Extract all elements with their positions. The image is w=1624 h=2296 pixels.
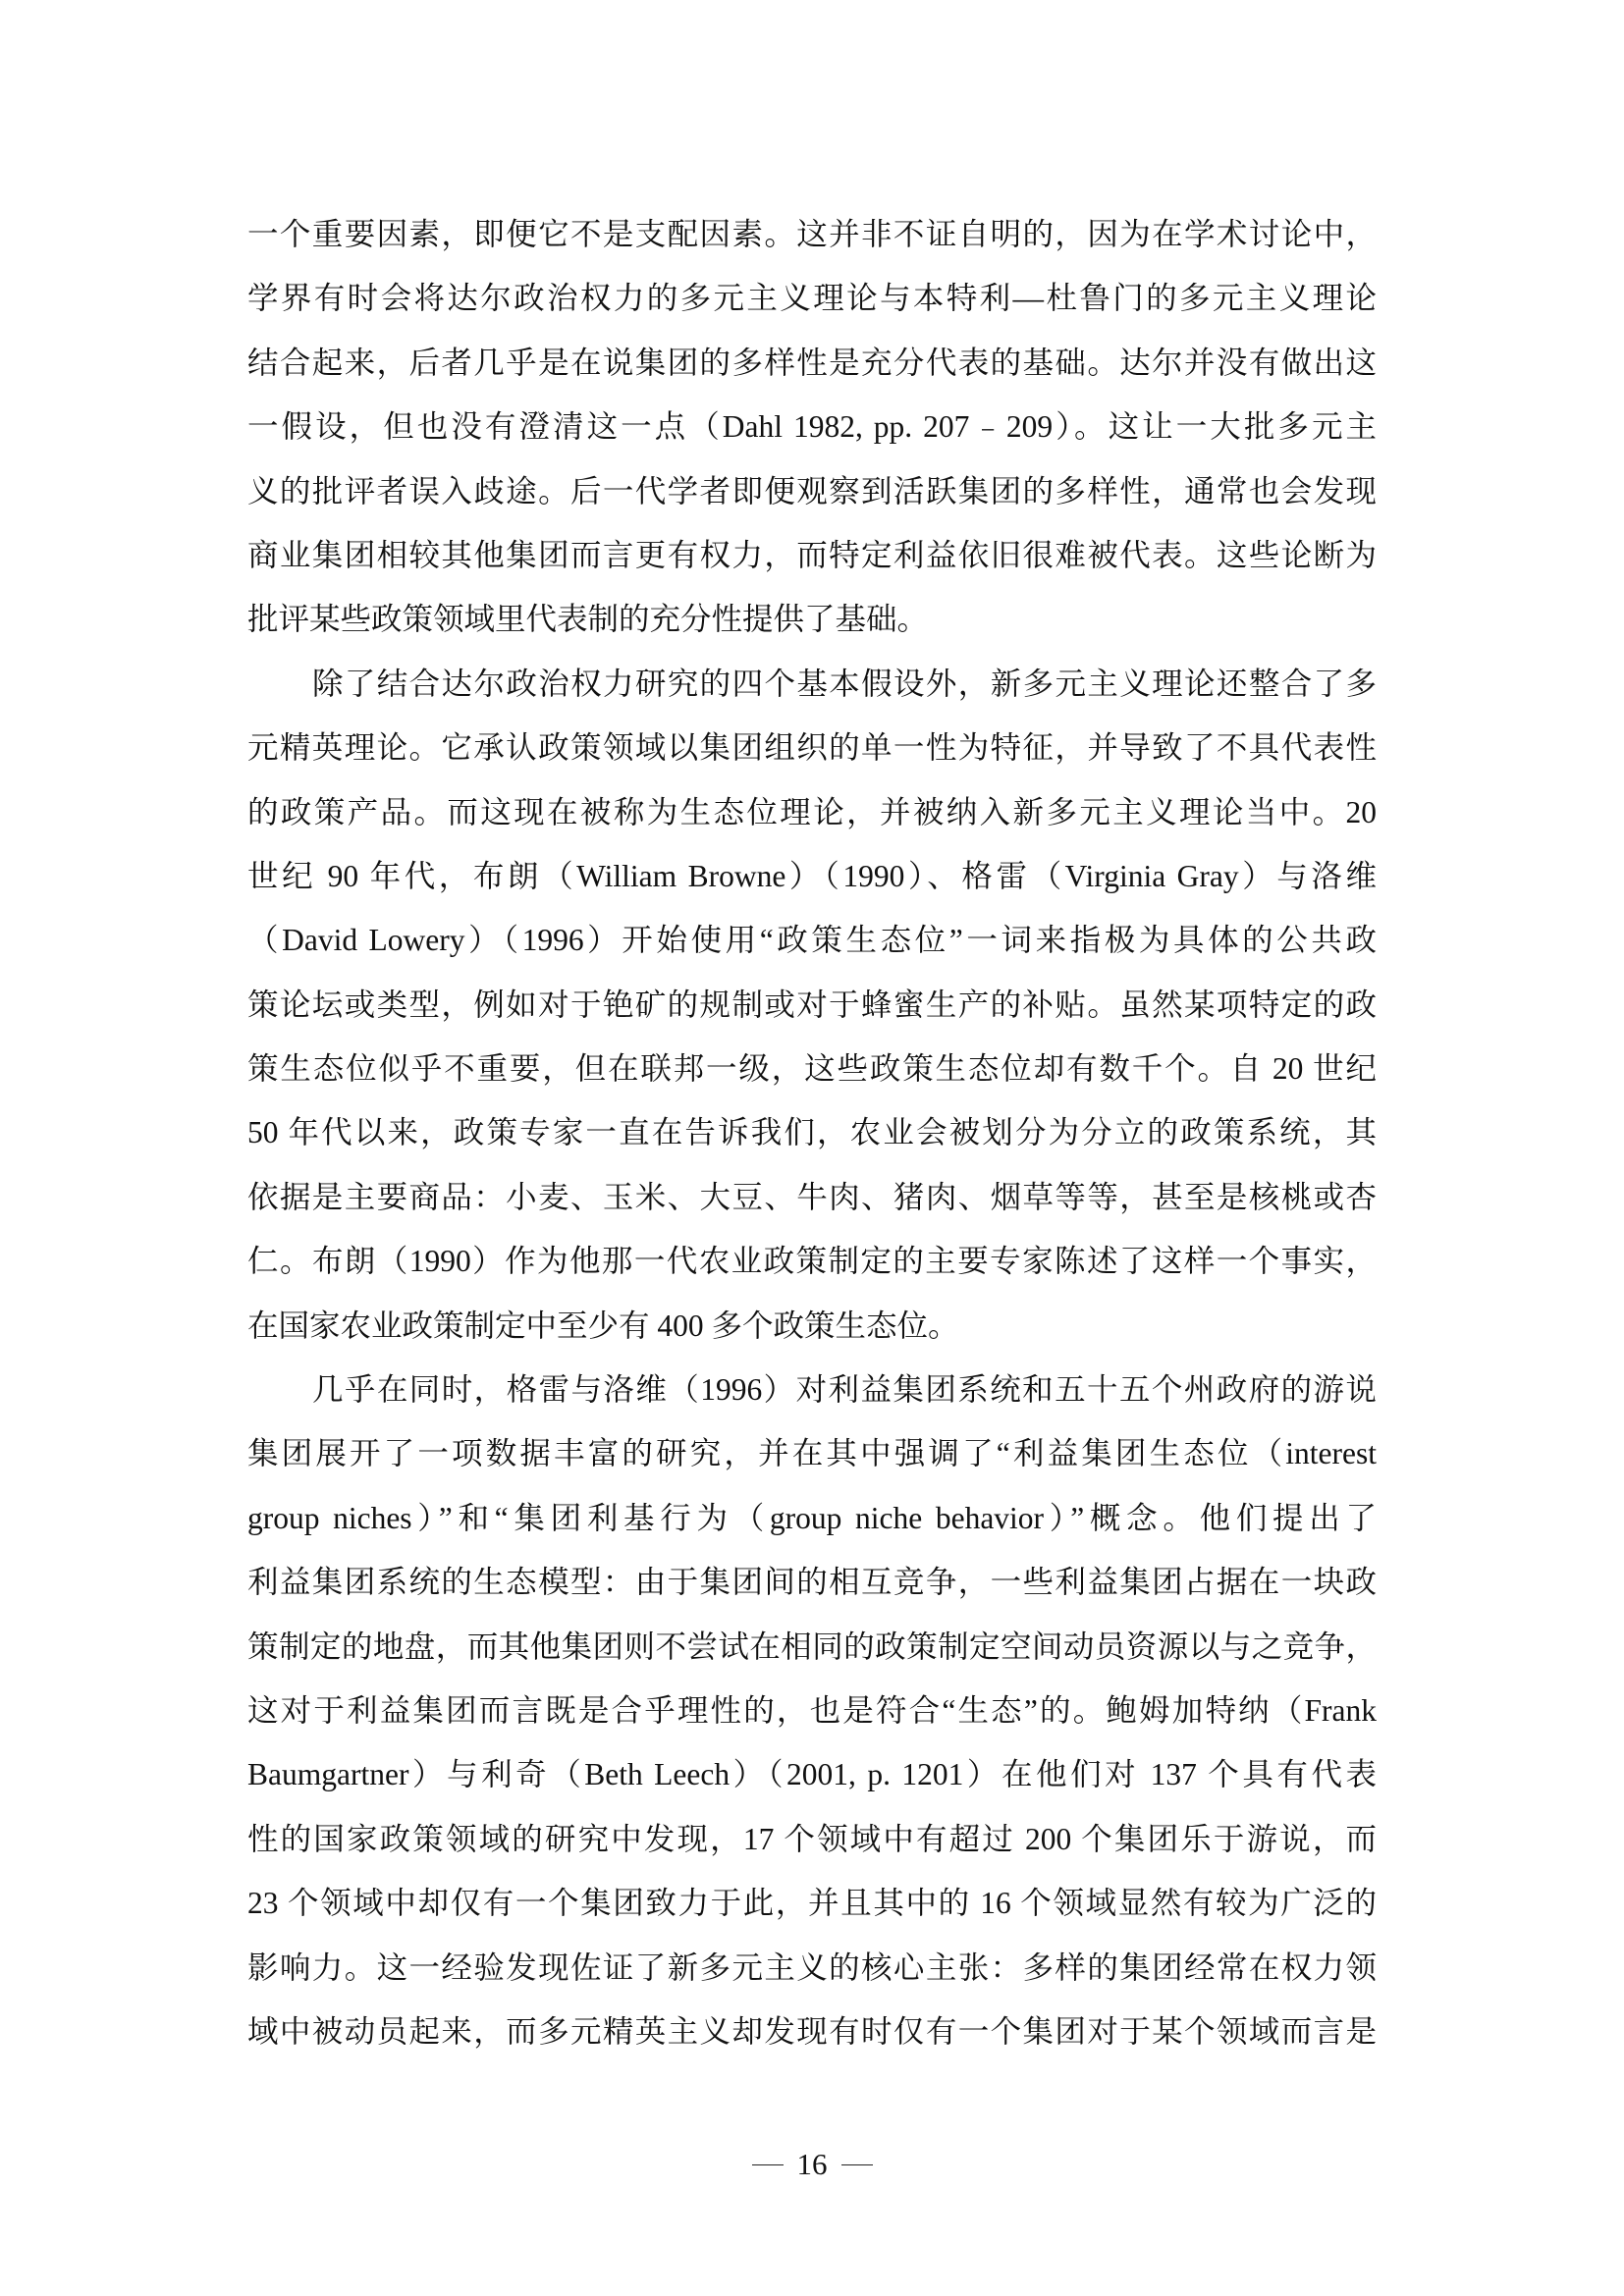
text-line: 一假设，但也没有澄清这一点（Dahl 1982, pp. 207﹣209）。这让… [247,395,1377,458]
paragraph-3: 几乎在同时，格雷与洛维（1996）对利益集团系统和五十五个州政府的游说 集团展开… [247,1358,1377,2063]
text-line: group niches）”和“集团利基行为（group niche behav… [247,1486,1377,1550]
text-line: 策生态位似乎不重要，但在联邦一级，这些政策生态位却有数千个。自 20 世纪 [247,1037,1377,1100]
text-line: 义的批评者误入歧途。后一代学者即便观察到活跃集团的多样性，通常也会发现 [247,459,1377,523]
text-line: 几乎在同时，格雷与洛维（1996）对利益集团系统和五十五个州政府的游说 [247,1358,1377,1421]
body-text: 一个重要因素，即便它不是支配因素。这并非不证自明的，因为在学术讨论中， 学界有时… [247,202,1377,2063]
document-page: 一个重要因素，即便它不是支配因素。这并非不证自明的，因为在学术讨论中， 学界有时… [0,0,1624,2296]
text-line: 域中被动员起来，而多元精英主义却发现有时仅有一个集团对于某个领域而言是 [247,2000,1377,2063]
paragraph-2: 除了结合达尔政治权力研究的四个基本假设外，新多元主义理论还整合了多 元精英理论。… [247,652,1377,1358]
left-dash-ornament [752,2164,784,2165]
text-line: 元精英理论。它承认政策领域以集团组织的单一性为特征，并导致了不具代表性 [247,716,1377,779]
text-line: 策制定的地盘，而其他集团则不尝试在相同的政策制定空间动员资源以与之竞争， [247,1615,1377,1679]
text-line: 集团展开了一项数据丰富的研究，并在其中强调了“利益集团生态位（interest [247,1421,1377,1485]
text-line: 利益集团系统的生态模型：由于集团间的相互竞争，一些利益集团占据在一块政 [247,1550,1377,1614]
paragraph-1: 一个重要因素，即便它不是支配因素。这并非不证自明的，因为在学术讨论中， 学界有时… [247,202,1377,652]
text-line: 除了结合达尔政治权力研究的四个基本假设外，新多元主义理论还整合了多 [247,652,1377,716]
text-line: 学界有时会将达尔政治权力的多元主义理论与本特利—杜鲁门的多元主义理论 [247,266,1377,330]
text-line: 50 年代以来，政策专家一直在告诉我们，农业会被划分为分立的政策系统，其 [247,1100,1377,1164]
text-line: 仁。布朗（1990）作为他那一代农业政策制定的主要专家陈述了这样一个事实， [247,1229,1377,1293]
text-line: 策论坛或类型，例如对于铯矿的规制或对于蜂蜜生产的补贴。虽然某项特定的政 [247,973,1377,1037]
text-line: 性的国家政策领域的研究中发现，17 个领域中有超过 200 个集团乐于游说，而 [247,1807,1377,1871]
text-line: 世纪 90 年代，布朗（William Browne）（1990）、格雷（Vir… [247,844,1377,908]
text-line: 一个重要因素，即便它不是支配因素。这并非不证自明的，因为在学术讨论中， [247,202,1377,266]
page-number: 16 [797,2147,828,2181]
text-line: 批评某些政策领域里代表制的充分性提供了基础。 [247,587,1377,651]
text-line: Baumgartner）与利奇（Beth Leech）（2001, p. 120… [247,1742,1377,1806]
text-line: 在国家农业政策制定中至少有 400 多个政策生态位。 [247,1294,1377,1358]
text-line: 依据是主要商品：小麦、玉米、大豆、牛肉、猪肉、烟草等等，甚至是核桃或杏 [247,1165,1377,1229]
text-line: （David Lowery）（1996）开始使用“政策生态位”一词来指极为具体的… [247,908,1377,972]
text-line: 结合起来，后者几乎是在说集团的多样性是充分代表的基础。达尔并没有做出这 [247,331,1377,395]
text-line: 影响力。这一经验发现佐证了新多元主义的核心主张：多样的集团经常在权力领 [247,1936,1377,2000]
text-line: 的政策产品。而这现在被称为生态位理论，并被纳入新多元主义理论当中。20 [247,780,1377,844]
right-dash-ornament [841,2164,873,2165]
text-line: 商业集团相较其他集团而言更有权力，而特定利益依旧很难被代表。这些论断为 [247,523,1377,587]
text-line: 这对于利益集团而言既是合乎理性的，也是符合“生态”的。鲍姆加特纳（Frank [247,1679,1377,1742]
page-number-footer: 16 [0,2145,1624,2184]
text-line: 23 个领域中却仅有一个集团致力于此，并且其中的 16 个领域显然有较为广泛的 [247,1871,1377,1935]
